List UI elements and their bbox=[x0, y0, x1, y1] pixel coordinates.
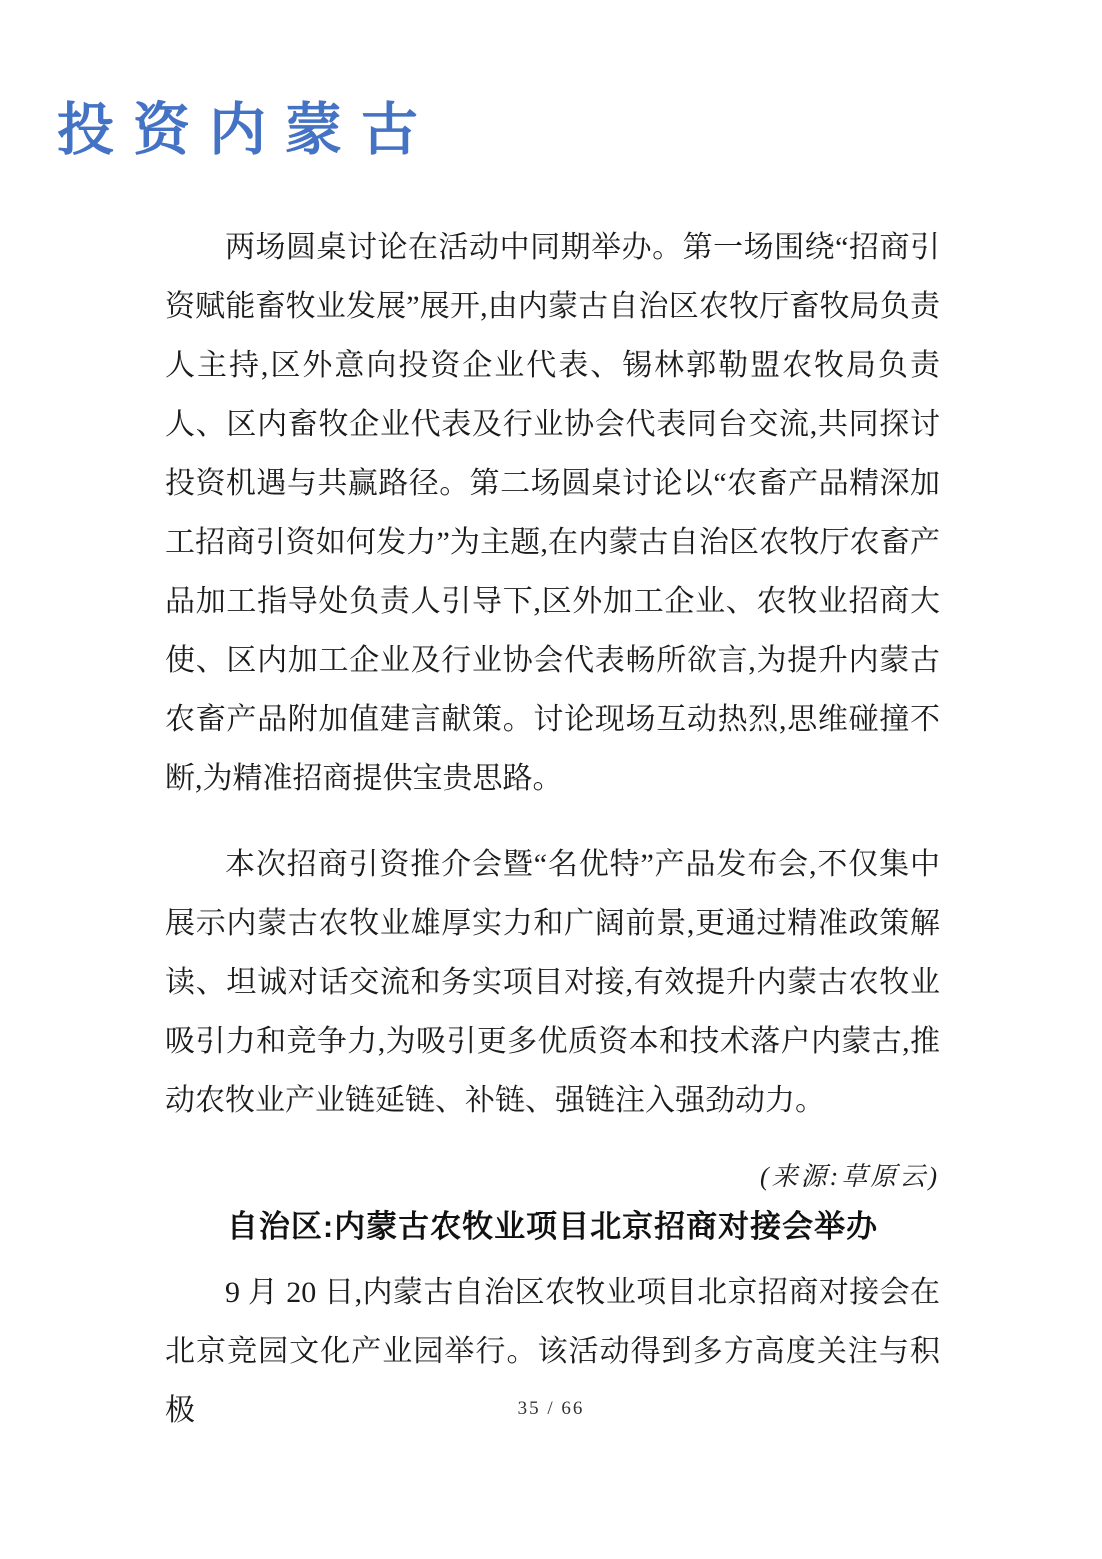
page-title: 投资内蒙古 bbox=[57, 84, 437, 166]
document-page: 投资内蒙古 两场圆桌讨论在活动中同期举办。第一场围绕“招商引资赋能畜牧业发展”展… bbox=[0, 0, 1102, 1559]
body-paragraph-roundtables: 两场圆桌讨论在活动中同期举办。第一场围绕“招商引资赋能畜牧业发展”展开,由内蒙古… bbox=[165, 218, 940, 808]
body-paragraph-summary: 本次招商引资推介会暨“名优特”产品发布会,不仅集中展示内蒙古农牧业雄厚实力和广阔… bbox=[165, 835, 940, 1130]
page-number: 35 / 66 bbox=[0, 1398, 1102, 1420]
source-attribution: (来源:草原云) bbox=[165, 1157, 940, 1197]
document-body: 两场圆桌讨论在活动中同期举办。第一场围绕“招商引资赋能畜牧业发展”展开,由内蒙古… bbox=[165, 218, 940, 1440]
section-heading: 自治区:内蒙古农牧业项目北京招商对接会举办 bbox=[165, 1203, 940, 1251]
